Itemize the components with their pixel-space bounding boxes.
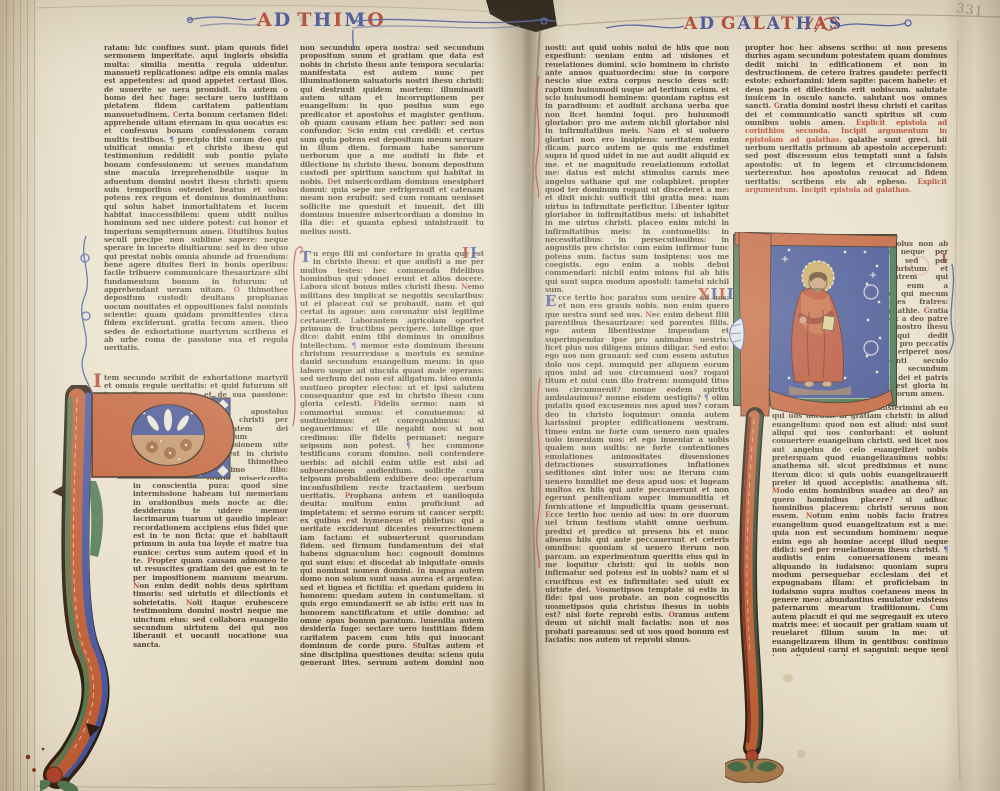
left-col1-text: ratam: hic confines sunt. piam quouis fi… <box>104 44 288 372</box>
initial-t: T <box>300 250 311 265</box>
left-col2-lower-text: Tu ergo fili mi confortare in gratia que… <box>300 250 484 666</box>
gutter-curve <box>531 30 544 791</box>
spine-headband <box>486 0 557 32</box>
running-title-right: ADGALATHAS <box>684 14 843 34</box>
book-icon <box>822 315 835 330</box>
initial-e: E <box>545 294 556 309</box>
right-col1-lower-text: Ecce tertio hoc paratus sum uenire ad uo… <box>545 294 729 656</box>
initial-p-stem-bar <box>739 232 771 416</box>
historiated-initial-p <box>725 232 905 785</box>
left-col2-upper-text: non secundum opera nostra: sed secundum … <box>300 44 484 247</box>
running-title-left: ADTHIMO <box>257 9 386 31</box>
right-col2-upper-text: propter hoc hec absens scribo: ut non pr… <box>745 44 947 240</box>
initial-p-descender <box>743 416 760 748</box>
manuscript-opening: ADTHIMO ADGALATHAS 331 ratam: hic confin… <box>0 0 1000 791</box>
decorated-initial-p <box>40 385 240 791</box>
right-col1-upper-text: nosti: aut quid uobis nolui de hiis que … <box>545 44 729 292</box>
